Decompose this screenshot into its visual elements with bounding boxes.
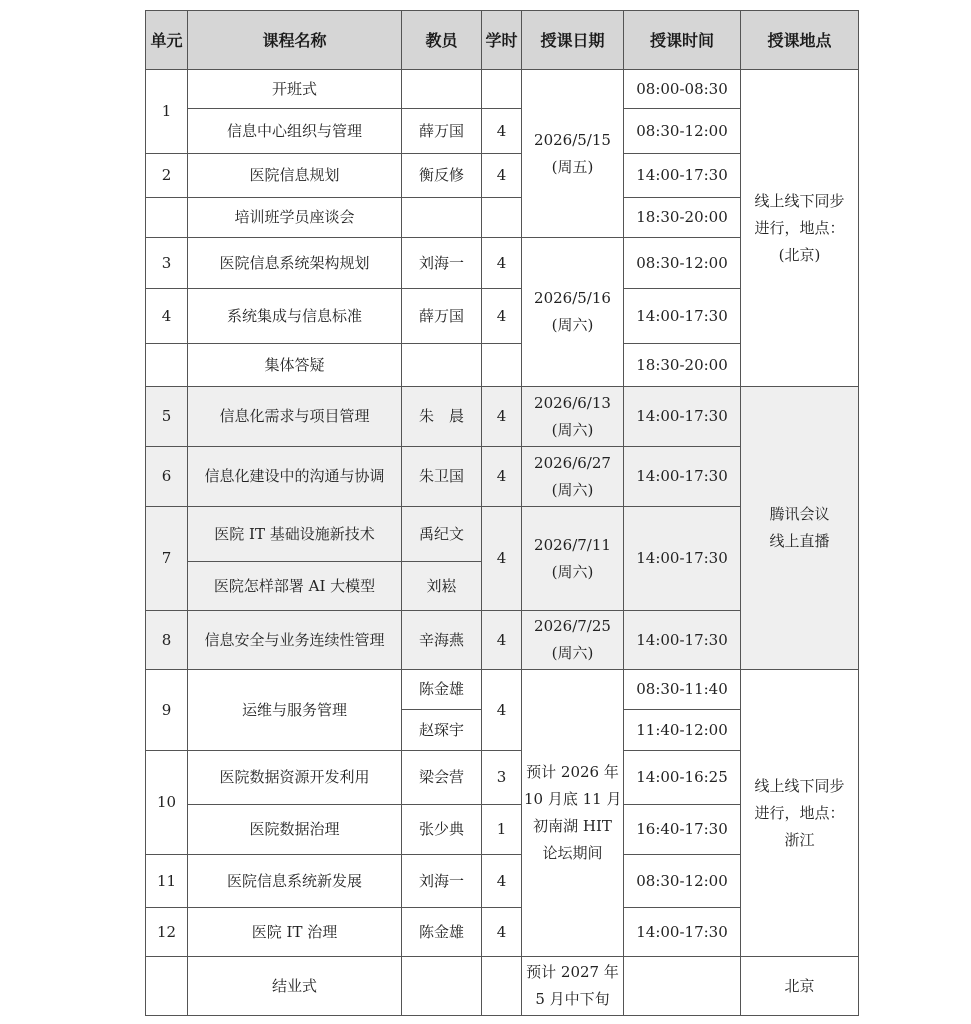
date-cell: 2026/5/16 (周六) [522,238,624,387]
date-line: 2026/6/13 [524,390,621,417]
unit-cell: 11 [146,855,188,908]
header-date: 授课日期 [522,11,624,70]
location-line: 线上线下同步 [743,773,856,800]
unit-cell: 4 [146,289,188,344]
hours-cell: 4 [482,908,522,957]
hours-cell: 4 [482,447,522,507]
hours-cell: 4 [482,670,522,751]
teacher-cell: 薛万国 [402,109,482,154]
location-line: 线上线下同步 [743,188,856,215]
location-cell: 北京 [741,957,859,1016]
header-time: 授课时间 [624,11,741,70]
course-cell: 医院 IT 治理 [188,908,402,957]
course-cell: 系统集成与信息标准 [188,289,402,344]
teacher-cell: 辛海燕 [402,611,482,670]
date-line: 预计 2027 年 [524,959,621,986]
teacher-cell: 禹纪文 [402,507,482,562]
date-line: 2026/6/27 [524,450,621,477]
teacher-cell: 刘崧 [402,562,482,611]
hours-cell: 4 [482,109,522,154]
time-cell: 14:00-17:30 [624,507,741,611]
hours-cell [482,957,522,1016]
teacher-cell [402,198,482,238]
hours-cell [482,70,522,109]
table-row: 1 开班式 2026/5/15 (周五) 08:00-08:30 线上线下同步 … [146,70,859,109]
unit-cell: 2 [146,154,188,198]
teacher-cell: 衡反修 [402,154,482,198]
course-cell: 医院信息系统架构规划 [188,238,402,289]
course-cell: 信息中心组织与管理 [188,109,402,154]
time-cell: 16:40-17:30 [624,805,741,855]
time-cell [624,957,741,1016]
location-line: 浙江 [743,827,856,854]
course-cell: 医院 IT 基础设施新技术 [188,507,402,562]
date-cell: 2026/5/15 (周五) [522,70,624,238]
unit-cell [146,198,188,238]
date-cell: 2026/6/27 (周六) [522,447,624,507]
date-cell: 2026/7/25 (周六) [522,611,624,670]
hours-cell [482,344,522,387]
weekday-line: (周六) [524,477,621,504]
unit-cell [146,957,188,1016]
teacher-cell [402,70,482,109]
teacher-cell: 赵琛宇 [402,710,482,751]
location-line: (北京) [743,242,856,269]
teacher-cell: 陈金雄 [402,908,482,957]
teacher-cell [402,344,482,387]
unit-cell: 8 [146,611,188,670]
course-cell: 信息安全与业务连续性管理 [188,611,402,670]
header-unit: 单元 [146,11,188,70]
location-line: 腾讯会议 [743,501,856,528]
hours-cell: 4 [482,238,522,289]
course-cell: 开班式 [188,70,402,109]
header-hours: 学时 [482,11,522,70]
table-row: 5 信息化需求与项目管理 朱 晨 4 2026/6/13 (周六) 14:00-… [146,387,859,447]
teacher-cell: 朱 晨 [402,387,482,447]
time-cell: 11:40-12:00 [624,710,741,751]
unit-cell: 10 [146,751,188,855]
course-cell: 医院怎样部署 AI 大模型 [188,562,402,611]
unit-cell: 3 [146,238,188,289]
course-cell: 医院数据治理 [188,805,402,855]
time-cell: 14:00-16:25 [624,751,741,805]
table-row: 结业式 预计 2027 年 5 月中下旬 北京 [146,957,859,1016]
date-cell: 2026/7/11 (周六) [522,507,624,611]
course-cell: 信息化需求与项目管理 [188,387,402,447]
date-cell: 预计 2027 年 5 月中下旬 [522,957,624,1016]
date-line: 5 月中下旬 [524,986,621,1013]
hours-cell: 1 [482,805,522,855]
teacher-cell: 陈金雄 [402,670,482,710]
time-cell: 14:00-17:30 [624,387,741,447]
teacher-cell: 梁会营 [402,751,482,805]
time-cell: 14:00-17:30 [624,908,741,957]
table-row: 9 运维与服务管理 陈金雄 4 预计 2026 年 10 月底 11 月 初南湖… [146,670,859,710]
course-cell: 医院数据资源开发利用 [188,751,402,805]
unit-cell: 9 [146,670,188,751]
hours-cell [482,198,522,238]
time-cell: 18:30-20:00 [624,198,741,238]
course-cell: 集体答疑 [188,344,402,387]
hours-cell: 4 [482,154,522,198]
time-cell: 14:00-17:30 [624,447,741,507]
time-cell: 08:30-12:00 [624,238,741,289]
date-cell: 预计 2026 年 10 月底 11 月 初南湖 HIT 论坛期间 [522,670,624,957]
course-cell: 培训班学员座谈会 [188,198,402,238]
unit-cell: 1 [146,70,188,154]
hours-cell: 4 [482,855,522,908]
teacher-cell [402,957,482,1016]
hours-cell: 4 [482,387,522,447]
date-line: 2026/5/16 [524,285,621,312]
hours-cell: 4 [482,611,522,670]
hours-cell: 3 [482,751,522,805]
location-line: 线上直播 [743,528,856,555]
course-cell: 医院信息系统新发展 [188,855,402,908]
teacher-cell: 刘海一 [402,855,482,908]
date-line: 初南湖 HIT [524,813,621,840]
header-course: 课程名称 [188,11,402,70]
weekday-line: (周六) [524,417,621,444]
time-cell: 14:00-17:30 [624,611,741,670]
unit-cell: 7 [146,507,188,611]
hours-cell: 4 [482,507,522,611]
date-line: 2026/7/11 [524,532,621,559]
weekday-line: (周六) [524,312,621,339]
header-teacher: 教员 [402,11,482,70]
date-line: 2026/5/15 [524,127,621,154]
time-cell: 14:00-17:30 [624,289,741,344]
location-line: 进行，地点： [743,215,856,242]
teacher-cell: 朱卫国 [402,447,482,507]
date-line: 10 月底 11 月 [524,786,621,813]
teacher-cell: 薛万国 [402,289,482,344]
unit-cell: 6 [146,447,188,507]
time-cell: 18:30-20:00 [624,344,741,387]
hours-cell: 4 [482,289,522,344]
course-cell: 信息化建设中的沟通与协调 [188,447,402,507]
weekday-line: (周六) [524,640,621,667]
weekday-line: (周五) [524,154,621,181]
weekday-line: (周六) [524,559,621,586]
course-cell: 结业式 [188,957,402,1016]
header-location: 授课地点 [741,11,859,70]
course-schedule-table: 单元 课程名称 教员 学时 授课日期 授课时间 授课地点 1 开班式 2026/… [145,10,859,1016]
date-cell: 2026/6/13 (周六) [522,387,624,447]
unit-cell [146,344,188,387]
teacher-cell: 张少典 [402,805,482,855]
course-cell: 医院信息规划 [188,154,402,198]
unit-cell: 12 [146,908,188,957]
time-cell: 08:30-12:00 [624,855,741,908]
unit-cell: 5 [146,387,188,447]
teacher-cell: 刘海一 [402,238,482,289]
location-cell: 腾讯会议 线上直播 [741,387,859,670]
course-cell: 运维与服务管理 [188,670,402,751]
date-line: 2026/7/25 [524,613,621,640]
date-line: 论坛期间 [524,840,621,867]
location-line: 进行，地点： [743,800,856,827]
time-cell: 08:30-12:00 [624,109,741,154]
time-cell: 08:30-11:40 [624,670,741,710]
time-cell: 14:00-17:30 [624,154,741,198]
date-line: 预计 2026 年 [524,759,621,786]
location-cell: 线上线下同步 进行，地点： 浙江 [741,670,859,957]
header-row: 单元 课程名称 教员 学时 授课日期 授课时间 授课地点 [146,11,859,70]
location-cell: 线上线下同步 进行，地点： (北京) [741,70,859,387]
time-cell: 08:00-08:30 [624,70,741,109]
